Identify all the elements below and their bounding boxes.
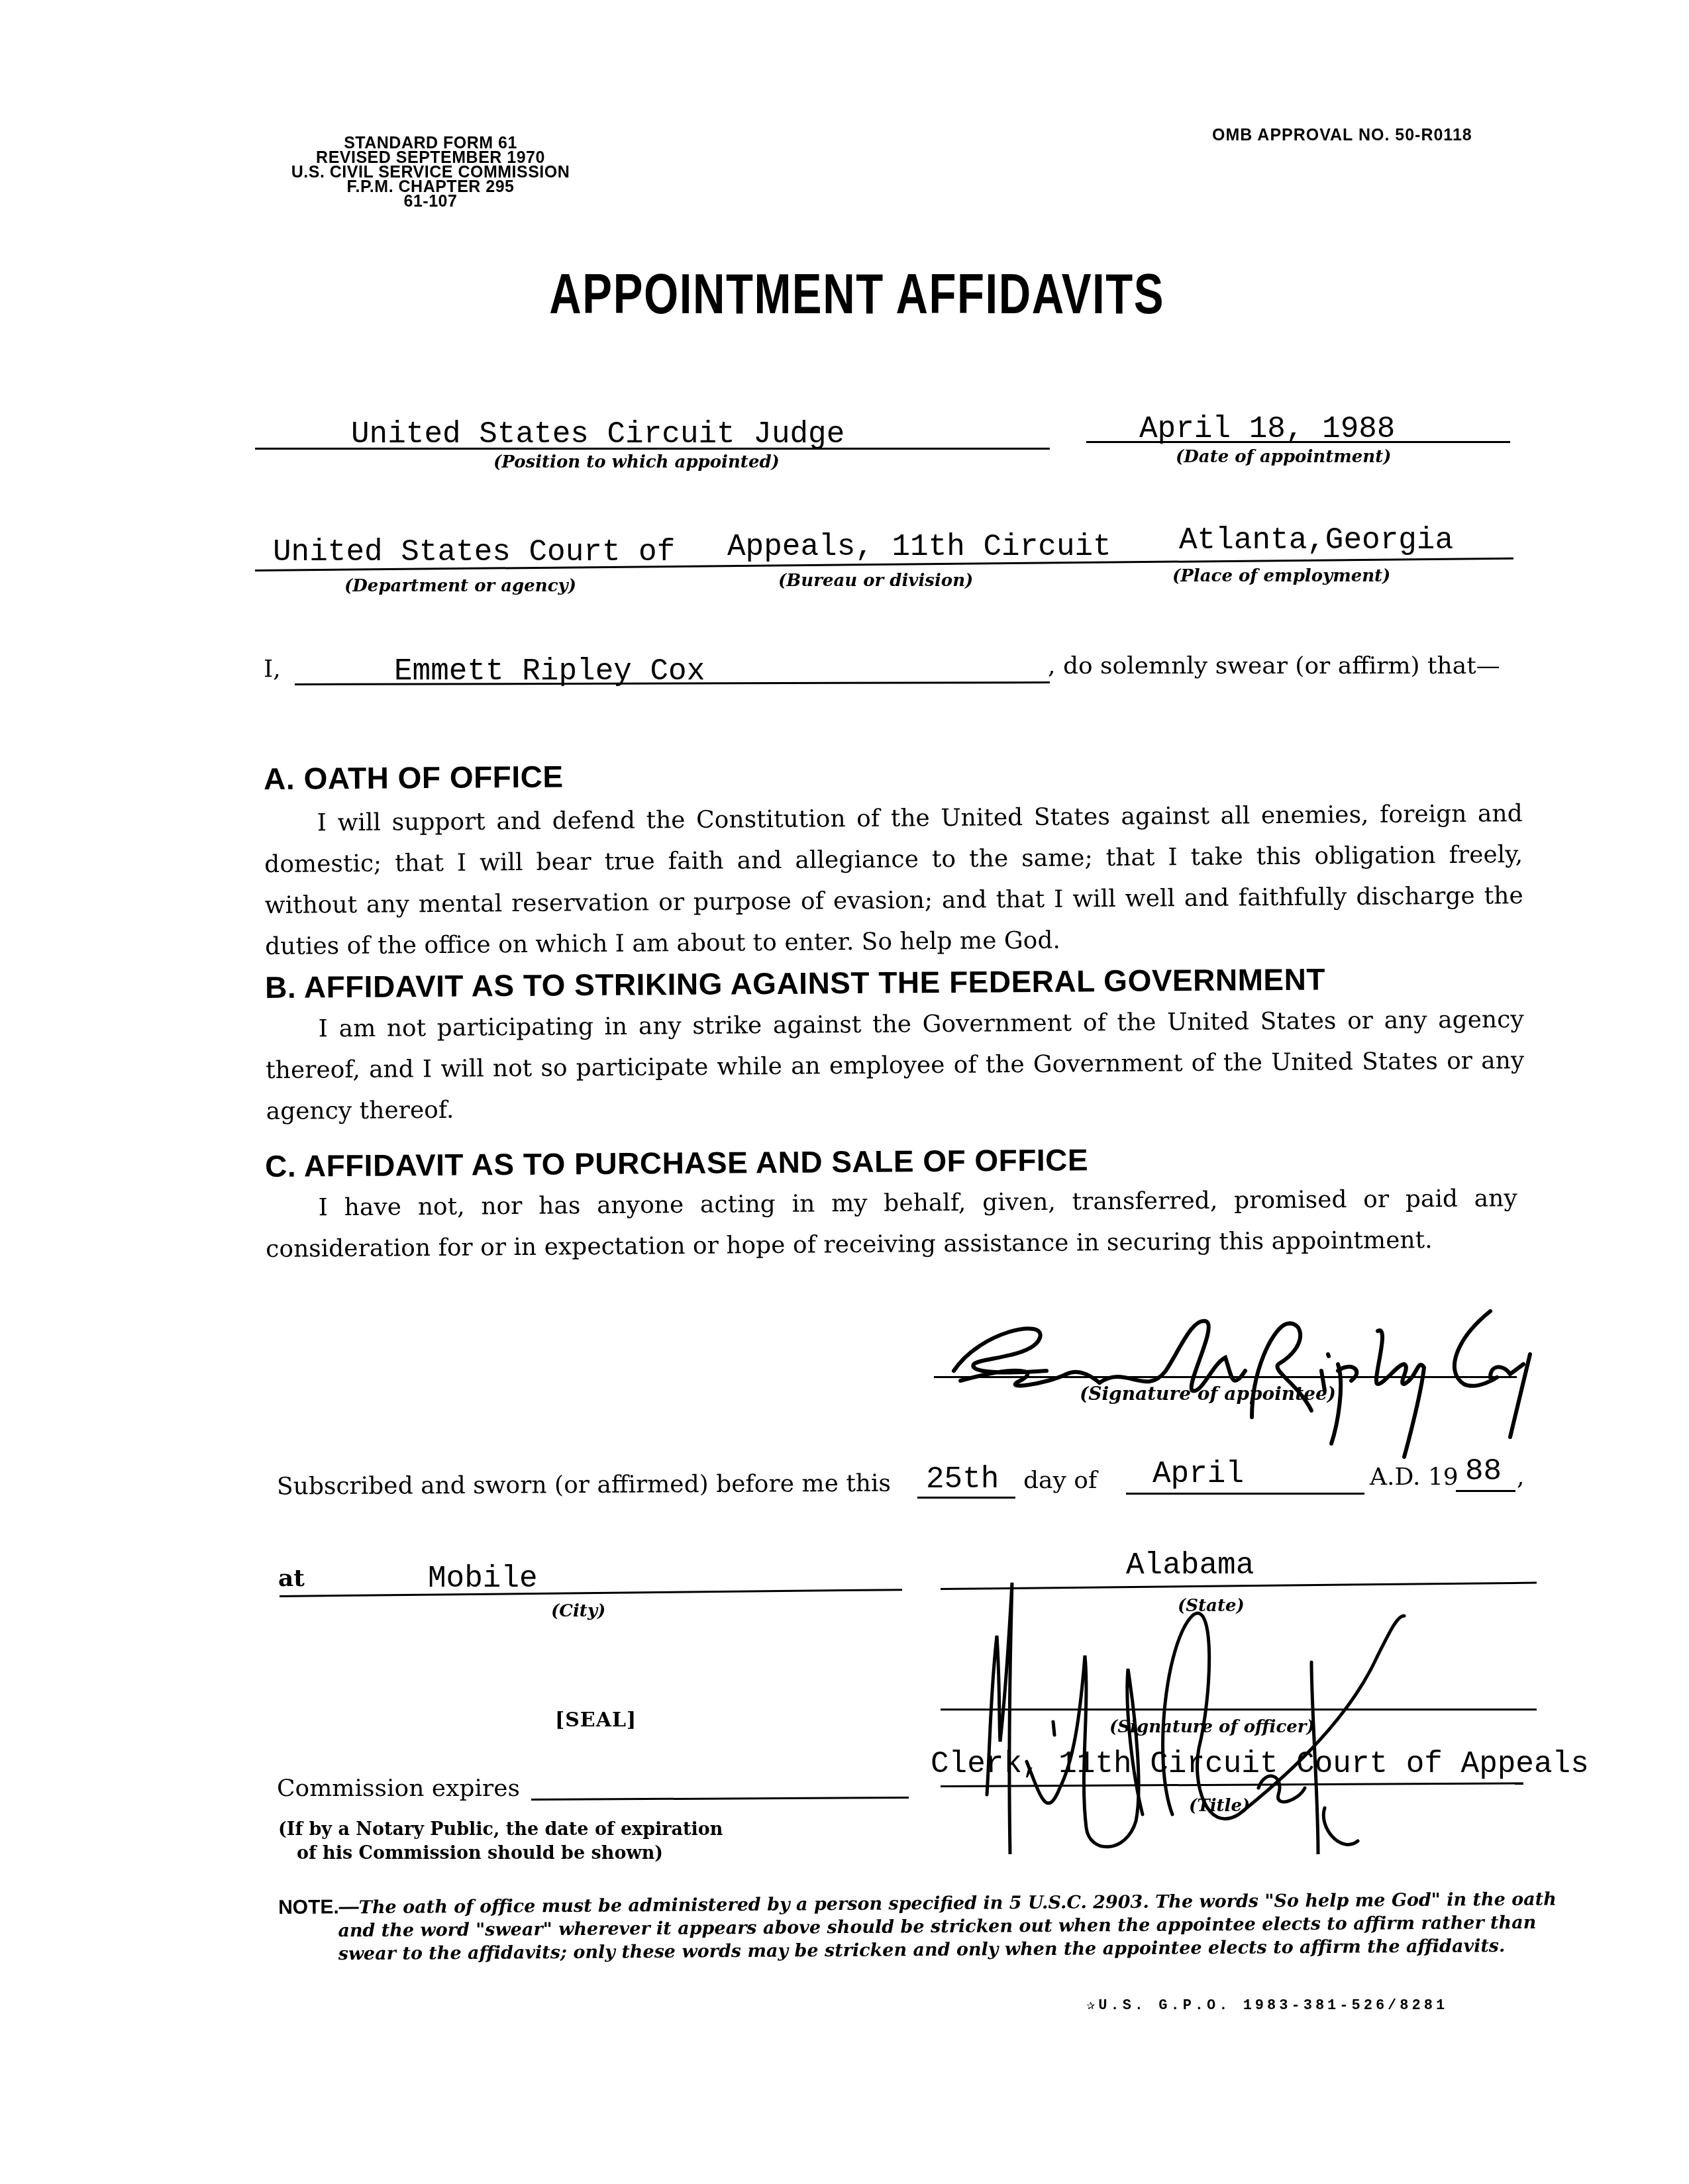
officer-signature-caption: (Signature of officer) bbox=[1109, 1717, 1315, 1737]
section-text: I am not participating in any strike aga… bbox=[266, 999, 1525, 1132]
date-underline bbox=[1086, 441, 1510, 443]
city-caption: (City) bbox=[551, 1601, 605, 1621]
section-text: I have not, nor has anyone acting in my … bbox=[266, 1178, 1518, 1270]
officer-signature-line bbox=[941, 1709, 1537, 1711]
swear-prefix: I, bbox=[264, 656, 281, 683]
position-value: United States Circuit Judge bbox=[351, 417, 844, 452]
swear-suffix: , do solemnly swear (or affirm) that— bbox=[1048, 652, 1500, 679]
subscribed-day: 25th bbox=[926, 1462, 999, 1497]
subscribed-month: April bbox=[1152, 1457, 1244, 1491]
document-title: APPOINTMENT AFFIDAVITS bbox=[198, 262, 1515, 327]
state-value: Alabama bbox=[1126, 1548, 1254, 1583]
officer-signature-icon bbox=[974, 1576, 1557, 1854]
state-caption: (State) bbox=[1178, 1596, 1245, 1616]
commission-note-line: of his Commission should be shown) bbox=[278, 1842, 723, 1865]
commission-expires-label: Commission expires bbox=[277, 1775, 520, 1802]
department-caption: (Department or agency) bbox=[344, 576, 576, 596]
gpo-imprint: ✰U.S. G.P.O. 1983-381-526/8281 bbox=[1086, 1997, 1448, 2014]
section-text: I will support and defend the Constituti… bbox=[264, 793, 1524, 968]
omb-approval-number: OMB APPROVAL NO. 50-R0118 bbox=[1212, 126, 1472, 145]
city-value: Mobile bbox=[428, 1562, 538, 1596]
state-underline bbox=[941, 1582, 1537, 1590]
date-caption: (Date of appointment) bbox=[1176, 447, 1391, 467]
commission-expires-underline bbox=[531, 1797, 909, 1801]
place-caption: (Place of employment) bbox=[1172, 566, 1390, 586]
commission-note: (If by a Notary Public, the date of expi… bbox=[278, 1818, 723, 1865]
note-label: NOTE.— bbox=[278, 1896, 359, 1918]
section-heading: A. OATH OF OFFICE bbox=[264, 748, 1522, 799]
appointee-signature-line bbox=[934, 1376, 1517, 1378]
month-underline bbox=[1126, 1493, 1364, 1495]
form-identifier: STANDARD FORM 61 REVISED SEPTEMBER 1970 … bbox=[258, 136, 603, 209]
section-oath-of-office: A. OATH OF OFFICE I will support and def… bbox=[264, 748, 1523, 968]
commission-note-line: (If by a Notary Public, the date of expi… bbox=[278, 1818, 723, 1842]
subscribed-trailing-comma: , bbox=[1517, 1464, 1524, 1491]
position-caption: (Position to which appointed) bbox=[493, 452, 780, 472]
city-underline bbox=[280, 1589, 902, 1597]
officer-title-caption: (Title) bbox=[1189, 1796, 1250, 1816]
year-underline bbox=[1456, 1490, 1515, 1492]
seal-label: [SEAL] bbox=[555, 1709, 637, 1732]
bureau-caption: (Bureau or division) bbox=[778, 571, 973, 591]
day-of-text: day of bbox=[1023, 1467, 1097, 1494]
department-value: United States Court of bbox=[273, 535, 675, 570]
appointee-signature-caption: (Signature of appointee) bbox=[1080, 1383, 1336, 1405]
section-striking-affidavit: B. AFFIDAVIT AS TO STRIKING AGAINST THE … bbox=[265, 957, 1525, 1132]
officer-title-underline bbox=[941, 1782, 1523, 1787]
bureau-value: Appeals, 11th Circuit bbox=[727, 530, 1111, 564]
ad-text: A.D. 19 bbox=[1370, 1464, 1459, 1491]
subscribed-text: Subscribed and sworn (or affirmed) befor… bbox=[277, 1470, 891, 1501]
place-value: Atlanta,Georgia bbox=[1179, 523, 1453, 558]
form-id-line: 61-107 bbox=[258, 194, 603, 209]
footer-note: NOTE.—The oath of office must be adminis… bbox=[278, 1887, 1597, 1966]
subscribed-year: 88 bbox=[1465, 1454, 1502, 1489]
section-purchase-sale-affidavit: C. AFFIDAVIT AS TO PURCHASE AND SALE OF … bbox=[265, 1136, 1517, 1270]
officer-title-value: Clerk, 11th Circuit Court of Appeals bbox=[931, 1747, 1589, 1781]
day-underline bbox=[917, 1497, 1015, 1499]
at-label: at bbox=[278, 1564, 305, 1592]
position-underline bbox=[255, 448, 1050, 450]
note-text: The oath of office must be administered … bbox=[338, 1889, 1557, 1965]
